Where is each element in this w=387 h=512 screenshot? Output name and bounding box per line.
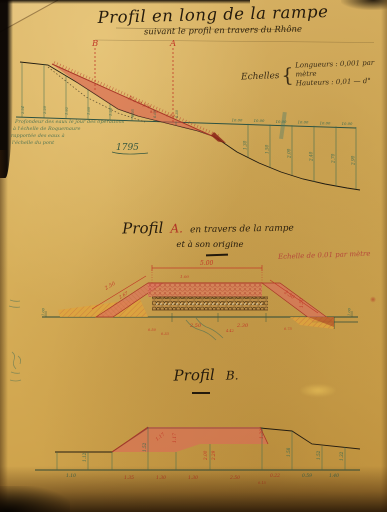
marker-a: A [169,39,176,49]
scanned-drawing-page: Profil en long de la rampe suivant le pr… [0,0,387,512]
photo-edge-top [0,0,250,4]
small-3: 4.42 [225,329,235,333]
profil-b-fill [112,427,268,452]
long-profile: Rampe B A 2.54 2.20 1.92 1.60 1.28 0.95 … [11,39,360,190]
svg-text:0.30: 0.30 [175,109,179,118]
svg-text:10.00: 10.00 [320,120,331,125]
svg-text:10.00: 10.00 [232,118,243,123]
dim-top-small: 1.00 [180,274,189,279]
svg-text:1.32: 1.32 [339,451,344,461]
photo-edge-right [381,0,387,512]
svg-text:2.54: 2.54 [21,106,25,115]
svg-text:2.29: 2.29 [211,450,216,461]
svg-text:1.30: 1.30 [243,140,248,150]
photo-shadow-corner [0,486,70,512]
svg-text:1.52: 1.52 [316,450,321,460]
small-1: 0.50 [148,328,157,332]
dim-top-width: 5.00 [200,260,214,267]
dim-left-slope-1: 2.50 [103,280,117,292]
depth-labels: 1.30 1.50 2.00 2.40 2.70 2.90 [243,140,356,166]
svg-text:Profondeur des eaux le jour de: Profondeur des eaux le jour des opératio… [14,118,125,125]
svg-text:1.12: 1.12 [82,452,87,462]
right-ordinates [248,124,356,189]
margin-marks-b [10,352,21,381]
svg-text:2.20: 2.20 [43,105,47,115]
svg-text:0.95: 0.95 [131,108,135,117]
svg-text:1.28: 1.28 [109,107,113,116]
svg-text:1.92: 1.92 [65,106,69,115]
span-2-label: 2.30 [236,323,249,329]
svg-text:l'échelle du pont: l'échelle du pont [12,139,55,146]
dim-right-slope-2: 1.50 [299,298,305,308]
red-mid-1: 8.55 [150,110,159,114]
profil-a-section: 5.00 1.00 2.50 2.67 2.50 1.50 2.50 2.30 … [9,260,358,340]
water-annotation: Profondeur des eaux le jour des opératio… [11,118,125,146]
photo-edge-left-lower [0,150,8,512]
svg-text:2.70: 2.70 [331,153,336,164]
small-4: 0.75 [284,327,293,331]
road-band-scallops [148,283,262,297]
header-rules [95,28,374,43]
svg-text:rapportée des eaux à: rapportée des eaux à [11,132,65,139]
marker-b: B [91,39,98,49]
svg-text:2.00: 2.00 [203,450,208,461]
svg-text:1.17: 1.17 [172,433,178,443]
svg-text:1.52: 1.52 [142,442,147,452]
svg-text:1.60: 1.60 [87,106,91,115]
edge-right-label: 1.00 [348,307,352,316]
svg-text:10.00: 10.00 [298,120,309,125]
svg-text:2.90: 2.90 [351,155,356,166]
red-mid-2: 7.95 [166,114,175,118]
ramp-toe [211,132,226,143]
svg-text:10.00: 10.00 [342,121,353,126]
stone-band-pattern [152,297,268,310]
drawing-layer: Rampe B A 2.54 2.20 1.92 1.60 1.28 0.95 … [0,0,387,512]
svg-text:1.58: 1.58 [286,447,291,457]
small-2: 0.33 [161,332,170,336]
svg-text:10.00: 10.00 [254,118,265,123]
svg-text:1.30: 1.30 [259,429,265,439]
svg-text:2.40: 2.40 [309,151,314,162]
edge-left-label: 1.00 [42,307,46,316]
svg-text:1.50: 1.50 [265,144,270,154]
right-slope-band [262,283,332,321]
svg-text:à l'échelle de Roquemaure: à l'échelle de Roquemaure [13,125,80,132]
margin-marks-a [9,300,20,307]
year-label: 1795 [116,143,139,153]
green-scribble [186,318,223,340]
svg-text:2.00: 2.00 [287,148,292,159]
